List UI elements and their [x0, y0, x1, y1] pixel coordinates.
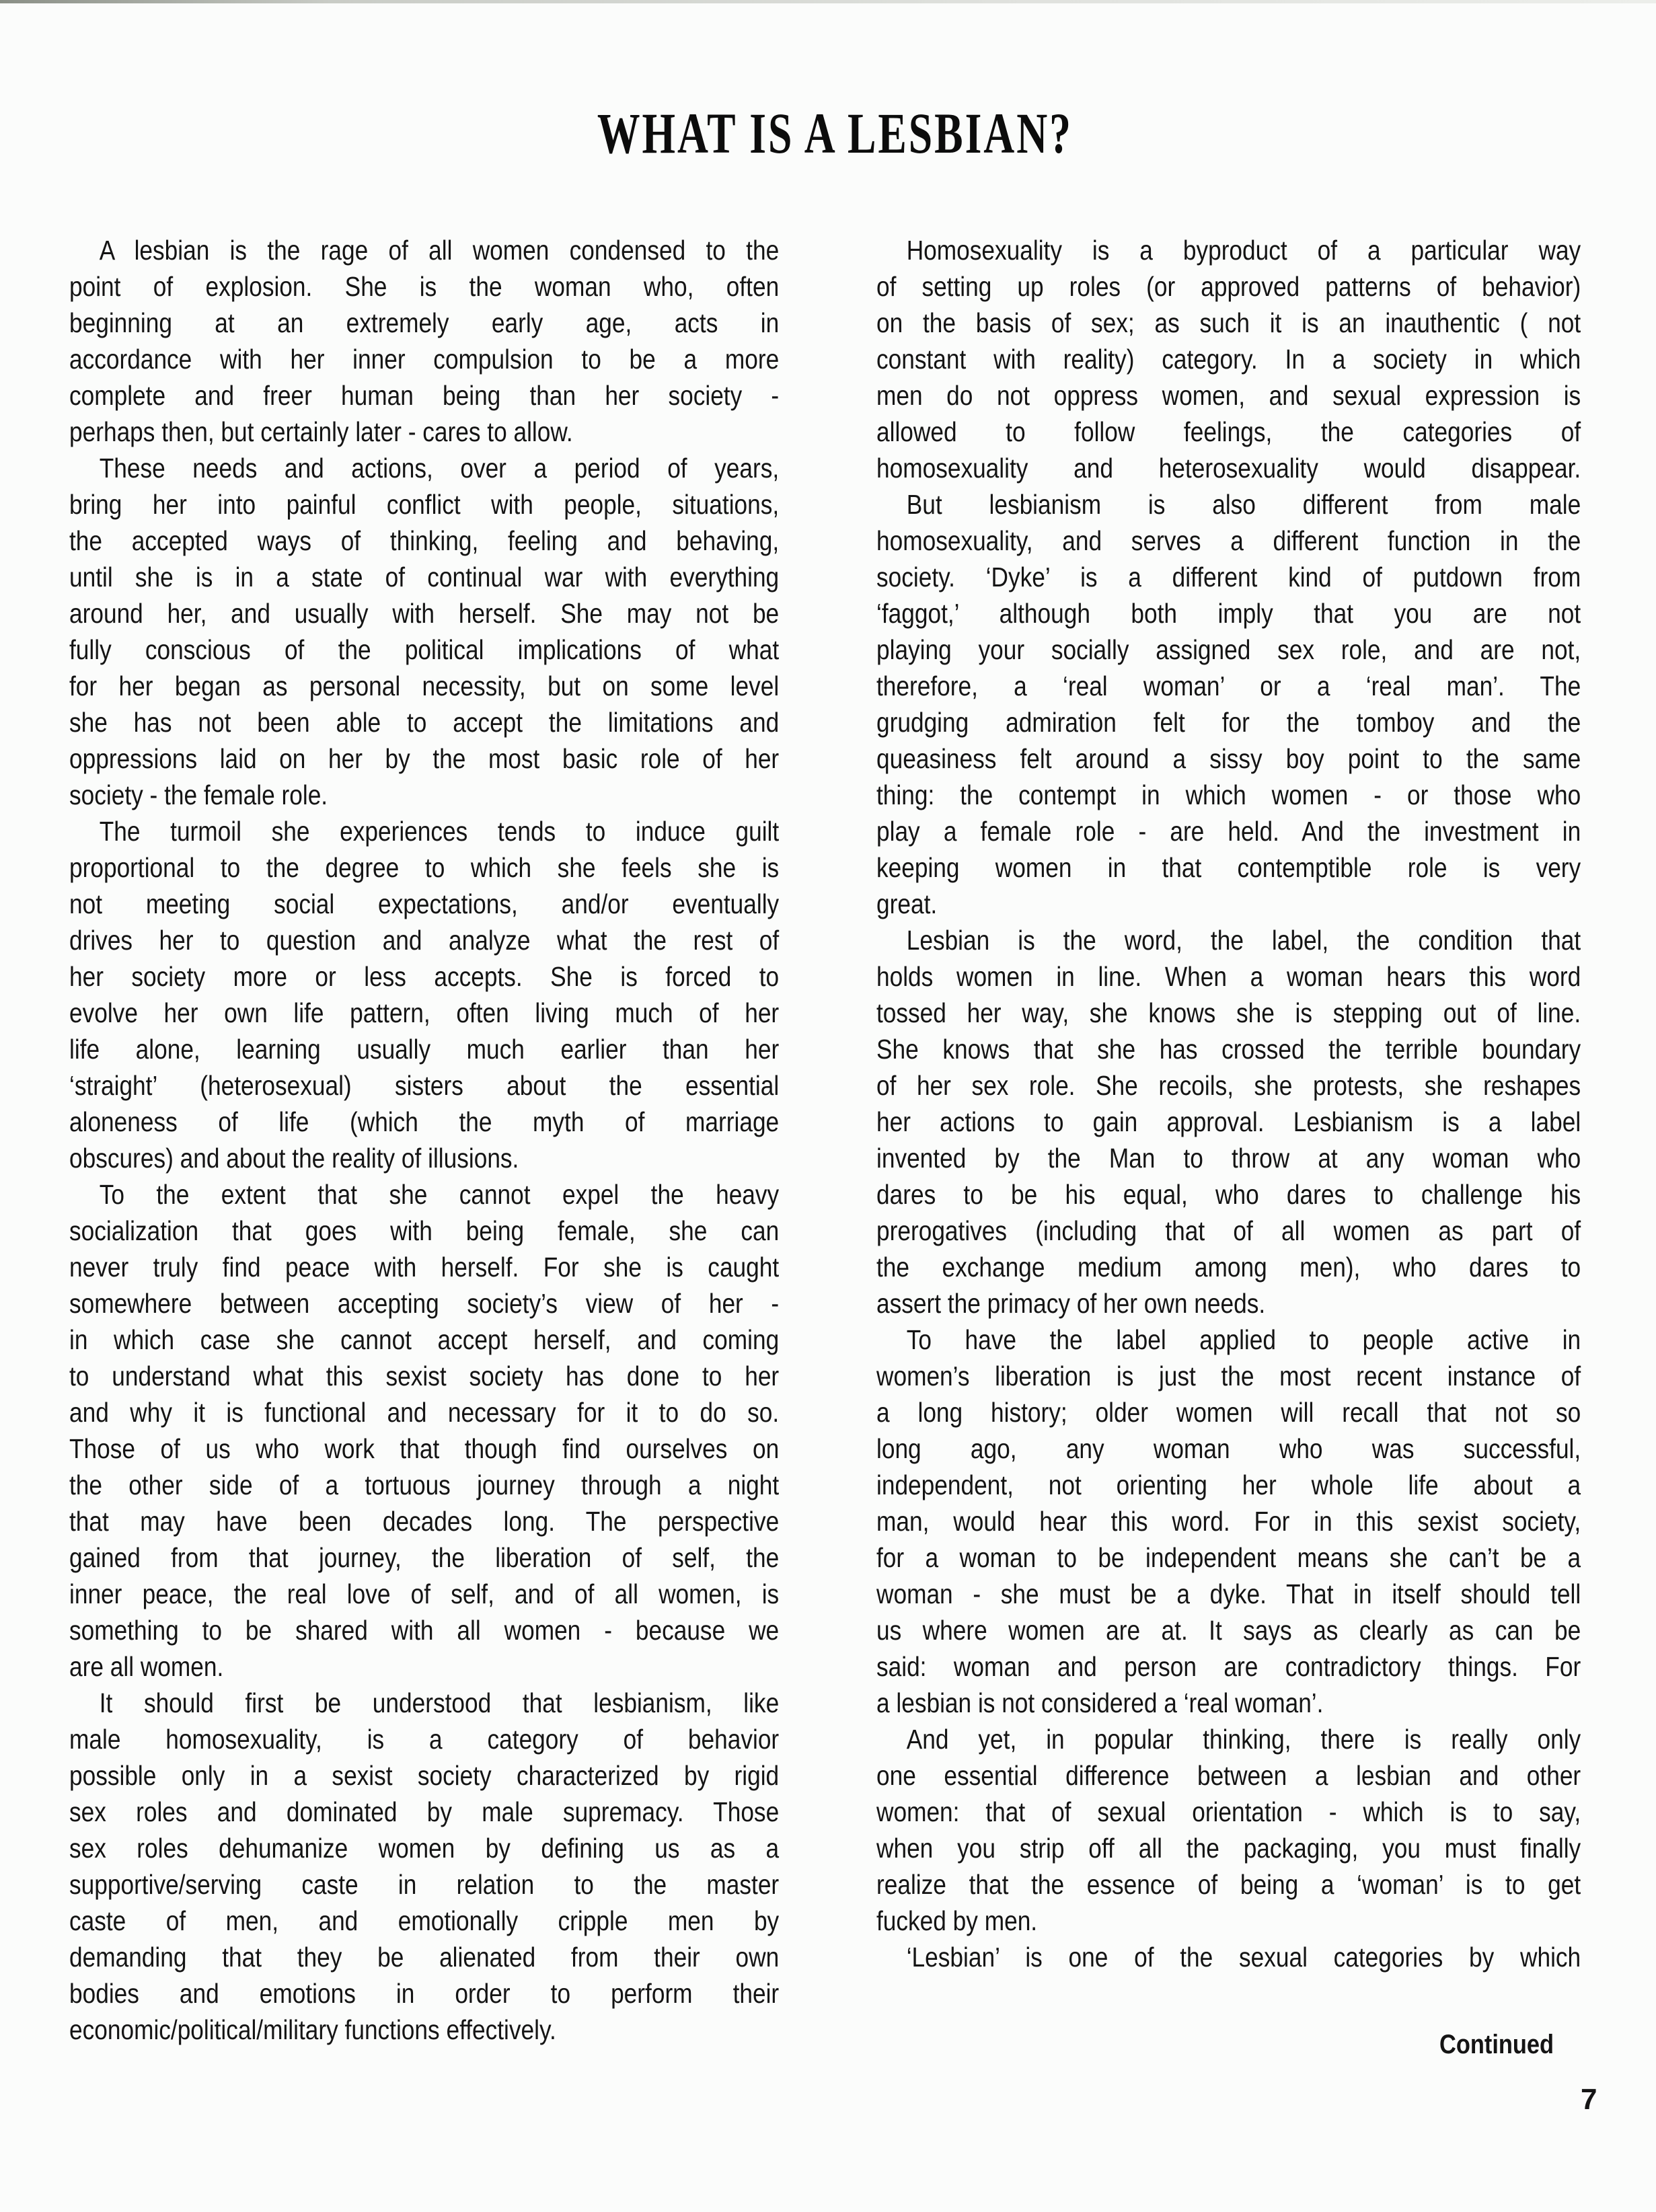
text-line: of setting up roles (or approved pattern… [876, 268, 1581, 305]
text-line: therefore, a ‘real woman’ or a ‘real man… [876, 668, 1581, 704]
text-line: never truly find peace with herself. For… [69, 1249, 779, 1285]
text-line: holds women in line. When a woman hears … [876, 958, 1581, 995]
text-line: sex roles and dominated by male supremac… [69, 1794, 779, 1830]
text-line: ‘faggot,’ although both imply that you a… [876, 595, 1581, 632]
text-line: gained from that journey, the liberation… [69, 1539, 779, 1576]
text-line: life alone, learning usually much earlie… [69, 1031, 779, 1067]
text-line: thing: the contempt in which women - or … [876, 777, 1581, 813]
text-line: that may have been decades long. The per… [69, 1503, 779, 1539]
text-line: homosexuality and heterosexuality would … [876, 450, 1581, 486]
text-line: something to be shared with all women - … [69, 1612, 779, 1648]
text-line: great. [876, 886, 1581, 922]
text-line: for her began as personal necessity, but… [69, 668, 779, 704]
text-line: prerogatives (including that of all wome… [876, 1213, 1581, 1249]
text-line: Those of us who work that though find ou… [69, 1431, 779, 1467]
text-line: her actions to gain approval. Lesbianism… [876, 1104, 1581, 1140]
text-line: aloneness of life (which the myth of mar… [69, 1104, 779, 1140]
text-line: man, would hear this word. For in this s… [876, 1503, 1581, 1539]
text-line: of her sex role. She recoils, she protes… [876, 1067, 1581, 1104]
text-line: To the extent that she cannot expel the … [69, 1176, 779, 1213]
text-line: play a female role - are held. And the i… [876, 813, 1581, 849]
text-line: evolve her own life pattern, often livin… [69, 995, 779, 1031]
text-line: It should first be understood that lesbi… [69, 1685, 779, 1721]
text-line: beginning at an extremely early age, act… [69, 305, 779, 341]
text-line: socialization that goes with being femal… [69, 1213, 779, 1249]
article-title: WHAT IS A LESBIAN? [222, 100, 1447, 167]
text-line: until she is in a state of continual war… [69, 559, 779, 595]
text-line: society. ‘Dyke’ is a different kind of p… [876, 559, 1581, 595]
text-line: fully conscious of the political implica… [69, 632, 779, 668]
page-number: 7 [1581, 2083, 1597, 2116]
text-line: to understand what this sexist society h… [69, 1358, 779, 1394]
text-line: us where women are at. It says as clearl… [876, 1612, 1581, 1648]
text-line: for a woman to be independent means she … [876, 1539, 1581, 1576]
text-line: one essential difference between a lesbi… [876, 1757, 1581, 1794]
text-line: Lesbian is the word, the label, the cond… [876, 922, 1581, 958]
text-line: said: woman and person are contradictory… [876, 1648, 1581, 1685]
text-line: her society more or less accepts. She is… [69, 958, 779, 995]
left-column: A lesbian is the rage of all women conde… [69, 232, 779, 2048]
text-line: on the basis of sex; as such it is an in… [876, 305, 1581, 341]
text-line: To have the label applied to people acti… [876, 1322, 1581, 1358]
text-line: fucked by men. [876, 1903, 1581, 1939]
text-line: allowed to follow feelings, the categori… [876, 414, 1581, 450]
text-line: when you strip off all the packaging, yo… [876, 1830, 1581, 1866]
text-line: women’s liberation is just the most rece… [876, 1358, 1581, 1394]
text-line: Homosexuality is a byproduct of a partic… [876, 232, 1581, 268]
text-line: sex roles dehumanize women by defining u… [69, 1830, 779, 1866]
text-line: the other side of a tortuous journey thr… [69, 1467, 779, 1503]
text-line: possible only in a sexist society charac… [69, 1757, 779, 1794]
text-line: realize that the essence of being a ‘wom… [876, 1866, 1581, 1903]
text-line: the exchange medium among men), who dare… [876, 1249, 1581, 1285]
text-line: keeping women in that contemptible role … [876, 849, 1581, 886]
text-line: accordance with her inner compulsion to … [69, 341, 779, 377]
text-line: queasiness felt around a sissy boy point… [876, 740, 1581, 777]
text-line: ‘straight’ (heterosexual) sisters about … [69, 1067, 779, 1104]
text-line: perhaps then, but certainly later - care… [69, 414, 779, 450]
text-line: men do not oppress women, and sexual exp… [876, 377, 1581, 414]
text-line: playing your socially assigned sex role,… [876, 632, 1581, 668]
text-line: economic/political/military functions ef… [69, 2012, 779, 2048]
text-line: caste of men, and emotionally cripple me… [69, 1903, 779, 1939]
text-line: grudging admiration felt for the tomboy … [876, 704, 1581, 740]
text-line: society - the female role. [69, 777, 779, 813]
page-top-edge [0, 0, 1656, 3]
text-line: homosexuality, and serves a different fu… [876, 523, 1581, 559]
text-line: She knows that she has crossed the terri… [876, 1031, 1581, 1067]
text-line: assert the primacy of her own needs. [876, 1285, 1581, 1322]
text-line: independent, not orienting her whole lif… [876, 1467, 1581, 1503]
text-line: ‘Lesbian’ is one of the sexual categorie… [876, 1939, 1581, 1975]
text-line: inner peace, the real love of self, and … [69, 1576, 779, 1612]
text-line: the accepted ways of thinking, feeling a… [69, 523, 779, 559]
text-line: in which case she cannot accept herself,… [69, 1322, 779, 1358]
text-line: bodies and emotions in order to perform … [69, 1975, 779, 2012]
text-line: A lesbian is the rage of all women conde… [69, 232, 779, 268]
text-line: oppressions laid on her by the most basi… [69, 740, 779, 777]
text-line: male homosexuality, is a category of beh… [69, 1721, 779, 1757]
text-line: woman - she must be a dyke. That in itse… [876, 1576, 1581, 1612]
text-line: demanding that they be alienated from th… [69, 1939, 779, 1975]
text-line: somewhere between accepting society’s vi… [69, 1285, 779, 1322]
text-line: are all women. [69, 1648, 779, 1685]
right-column: Homosexuality is a byproduct of a partic… [876, 232, 1581, 1975]
text-line: she has not been able to accept the limi… [69, 704, 779, 740]
text-line: bring her into painful conflict with peo… [69, 486, 779, 523]
continued-label: Continued [1439, 2030, 1554, 2060]
text-line: long ago, any woman who was successful, [876, 1431, 1581, 1467]
text-line: and why it is functional and necessary f… [69, 1394, 779, 1431]
text-line: supportive/serving caste in relation to … [69, 1866, 779, 1903]
text-line: point of explosion. She is the woman who… [69, 268, 779, 305]
text-line: women: that of sexual orientation - whic… [876, 1794, 1581, 1830]
text-line: dares to be his equal, who dares to chal… [876, 1176, 1581, 1213]
text-line: But lesbianism is also different from ma… [876, 486, 1581, 523]
text-line: These needs and actions, over a period o… [69, 450, 779, 486]
text-line: obscures) and about the reality of illus… [69, 1140, 779, 1176]
text-line: And yet, in popular thinking, there is r… [876, 1721, 1581, 1757]
text-line: not meeting social expectations, and/or … [69, 886, 779, 922]
text-line: a long history; older women will recall … [876, 1394, 1581, 1431]
text-line: drives her to question and analyze what … [69, 922, 779, 958]
text-line: around her, and usually with herself. Sh… [69, 595, 779, 632]
text-line: The turmoil she experiences tends to ind… [69, 813, 779, 849]
text-line: proportional to the degree to which she … [69, 849, 779, 886]
text-line: tossed her way, she knows she is steppin… [876, 995, 1581, 1031]
text-line: complete and freer human being than her … [69, 377, 779, 414]
text-line: constant with reality) category. In a so… [876, 341, 1581, 377]
text-line: a lesbian is not considered a ‘real woma… [876, 1685, 1581, 1721]
text-line: invented by the Man to throw at any woma… [876, 1140, 1581, 1176]
